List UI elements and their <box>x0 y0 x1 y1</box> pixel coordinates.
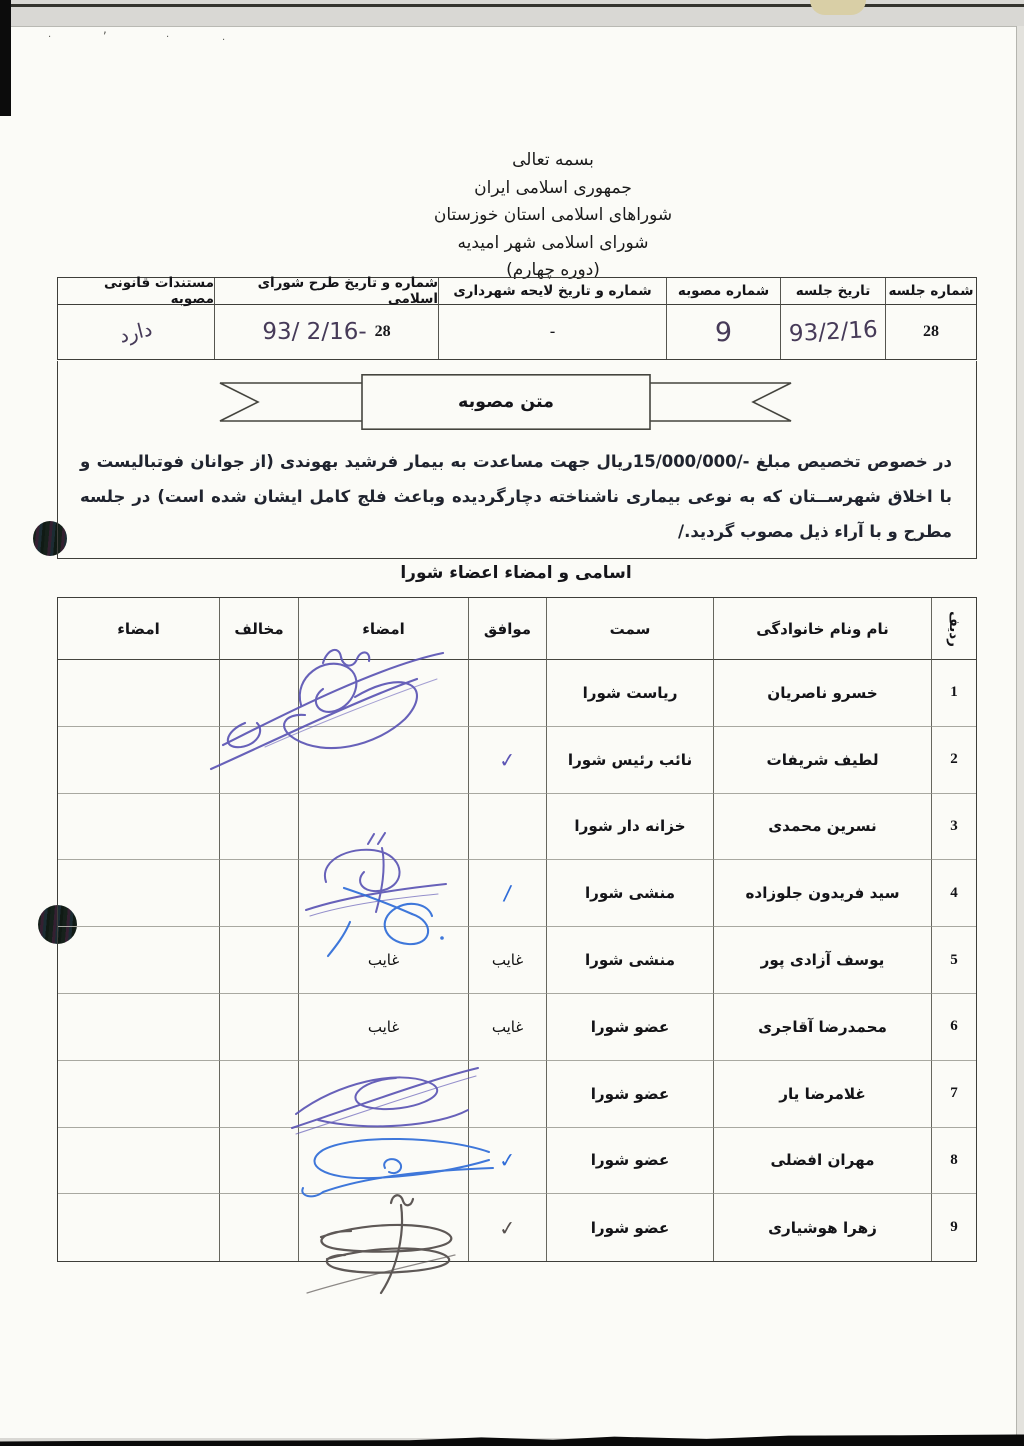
scan-tape-artifact <box>810 0 866 15</box>
resolution-box: متن مصوبه در خصوص تخصیص مبلغ -/15/000/00… <box>57 361 977 559</box>
letterhead-line-1: بسمه تعالی <box>80 147 1024 175</box>
meta-table: شماره جلسه تاریخ جلسه شماره مصوبه شماره … <box>57 277 977 360</box>
signature2-cell <box>58 860 219 927</box>
scan-corner-artifact <box>0 0 11 116</box>
header-row-no: ردیف <box>931 598 976 660</box>
dust-speck: · <box>222 36 225 46</box>
signature2-cell <box>58 727 219 794</box>
row-number: 2 <box>931 727 976 794</box>
signature2-cell <box>58 794 219 861</box>
row-number: 9 <box>931 1194 976 1261</box>
signature2-cell <box>58 927 219 994</box>
scan-top-line <box>0 4 1024 7</box>
agree-cell: غایب <box>468 927 546 994</box>
header-agree: موافق <box>468 598 546 660</box>
agree-cell: ✓ <box>468 1128 546 1195</box>
header-city-bill: شماره و تاریخ لایحه شهرداری <box>438 278 666 305</box>
member-name: خسرو ناصریان <box>713 660 931 727</box>
header-legal-docs: مستندات قانونی مصوبه <box>58 278 214 305</box>
agree-cell: ✓ <box>468 727 546 794</box>
signature-cell <box>298 660 468 727</box>
member-role: خزانه دار شورا <box>546 794 713 861</box>
dust-speck: , <box>103 24 107 34</box>
header-signature: امضاء <box>298 598 468 660</box>
member-role: نائب رئیس شورا <box>546 727 713 794</box>
header-council-plan: شماره و تاریخ طرح شورای اسلامی <box>214 278 438 305</box>
member-role: عضو شورا <box>546 994 713 1061</box>
oppose-cell <box>219 1128 298 1195</box>
value-resolution-no: 9 <box>666 305 780 359</box>
signature-cell <box>298 1194 468 1261</box>
agree-mark: ✓ <box>498 1148 517 1174</box>
value-session-no: 28 <box>885 305 976 359</box>
member-name: زهرا هوشیاری <box>713 1194 931 1261</box>
absent-label: غایب <box>368 1018 399 1036</box>
member-name: لطیف شریفات <box>713 727 931 794</box>
agree-cell: ✓ <box>468 1194 546 1261</box>
member-role: منشی شورا <box>546 927 713 994</box>
agree-mark: ✓ <box>498 1215 517 1241</box>
signature-cell <box>298 860 468 927</box>
signature-cell: غایب <box>298 994 468 1061</box>
row-number: 6 <box>931 994 976 1061</box>
letterhead-line-2: جمهوری اسلامی ایران <box>80 175 1024 203</box>
absent-label: غایب <box>368 951 399 969</box>
letterhead-line-3: شوراهای اسلامی استان خوزستان <box>80 202 1024 230</box>
member-name: سید فریدون جلوزاده <box>713 860 931 927</box>
member-name: مهران افضلی <box>713 1128 931 1195</box>
oppose-cell <box>219 1061 298 1128</box>
value-council-plan: 93/ 2/16- 28 <box>214 305 438 359</box>
oppose-cell <box>219 660 298 727</box>
resolution-text: در خصوص تخصیص مبلغ -/15/000/000ریال جهت … <box>80 444 952 549</box>
signature-cell <box>298 727 468 794</box>
agree-cell <box>468 660 546 727</box>
signature2-cell <box>58 1061 219 1128</box>
scanned-council-resolution: · , · · بسمه تعالی جمهوری اسلامی ایران ش… <box>0 0 1024 1446</box>
agree-cell: غایب <box>468 994 546 1061</box>
member-role: عضو شورا <box>546 1128 713 1195</box>
member-role: ریاست شورا <box>546 660 713 727</box>
agree-cell: / <box>468 860 546 927</box>
dust-speck: · <box>48 33 51 43</box>
row-number: 8 <box>931 1128 976 1195</box>
row-number: 5 <box>931 927 976 994</box>
oppose-cell <box>219 994 298 1061</box>
row-number: 7 <box>931 1061 976 1128</box>
letterhead-line-4: شورای اسلامی شهر امیدیه <box>80 230 1024 258</box>
value-legal-docs: دارد <box>58 305 214 359</box>
agree-mark: / <box>502 881 512 906</box>
member-name: یوسف آزادی پور <box>713 927 931 994</box>
oppose-cell <box>219 794 298 861</box>
header-oppose: مخالف <box>219 598 298 660</box>
signature2-cell <box>58 660 219 727</box>
banner-title: متن مصوبه <box>362 374 650 430</box>
signature2-cell <box>58 994 219 1061</box>
value-session-date: 93/2/16 <box>780 305 885 359</box>
oppose-cell <box>219 860 298 927</box>
header-full-name: نام ونام خانوادگی <box>713 598 931 660</box>
absent-label: غایب <box>492 951 523 969</box>
signature-cell: غایب <box>298 927 468 994</box>
dust-speck: · <box>166 33 169 43</box>
signature-cell <box>298 1128 468 1195</box>
row-number: 1 <box>931 660 976 727</box>
member-name: غلامرضا یار <box>713 1061 931 1128</box>
header-position: سمت <box>546 598 713 660</box>
absent-label: غایب <box>492 1018 523 1036</box>
signature2-cell <box>58 1128 219 1195</box>
members-section-title: اسامی و امضاء اعضاء شورا <box>57 563 975 583</box>
signature-cell <box>298 1061 468 1128</box>
signature-cell <box>298 794 468 861</box>
value-city-bill: - <box>438 305 666 359</box>
signature2-cell <box>58 1194 219 1261</box>
agree-cell <box>468 1061 546 1128</box>
oppose-cell <box>219 1194 298 1261</box>
agree-mark: ✓ <box>498 747 517 773</box>
oppose-cell <box>219 927 298 994</box>
member-name: محمدرضا آقاجری <box>713 994 931 1061</box>
header-signature2: امضاء <box>58 598 219 660</box>
header-resolution-no: شماره مصوبه <box>666 278 780 305</box>
members-table: ردیف نام ونام خانوادگی سمت موافق امضاء م… <box>57 597 977 1262</box>
member-role: منشی شورا <box>546 860 713 927</box>
member-role: عضو شورا <box>546 1194 713 1261</box>
member-name: نسرین محمدی <box>713 794 931 861</box>
letterhead: بسمه تعالی جمهوری اسلامی ایران شوراهای ا… <box>80 147 1024 285</box>
member-role: عضو شورا <box>546 1061 713 1128</box>
row-number: 3 <box>931 794 976 861</box>
row-number: 4 <box>931 860 976 927</box>
oppose-cell <box>219 727 298 794</box>
header-session-no: شماره جلسه <box>885 278 976 305</box>
header-session-date: تاریخ جلسه <box>780 278 885 305</box>
agree-cell <box>468 794 546 861</box>
